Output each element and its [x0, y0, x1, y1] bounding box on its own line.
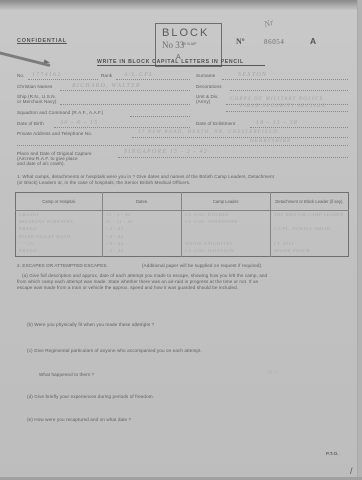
field-label-unit-line2: (Army): [196, 99, 210, 104]
field-value-private-address-line2: DERBYSHIRE: [250, 139, 291, 144]
stamp-sub-label: MI 9/JAP: [182, 42, 197, 46]
camp-leader-column: LT. COL. HOLMES LT. COL. JOHNSTONE MAJOR…: [182, 211, 271, 257]
camps-table-body: CHANGI SELARANG BARRACKS KRANJI RIVER VA…: [16, 211, 349, 257]
dates-column: 15 - 2 - 42 11 - 11 - 42 - 5 - 43 - 4 - …: [103, 211, 182, 257]
question-2a-line3: escape was made from a train or vehicle …: [17, 285, 238, 290]
question-2d: (d) Give briefly your experiences during…: [27, 394, 154, 399]
field-value-no: 1774162: [32, 72, 61, 78]
field-label-squadron: Squadron and Command (R.A.F., A.A.F.): [17, 110, 103, 115]
field-label-date-of-birth: Date of Birth: [17, 121, 44, 126]
table-cell: KRANJI: [19, 248, 99, 255]
field-line-surname: [222, 79, 348, 80]
page-edge-right: [357, 0, 362, 480]
field-label-ship-line2: or Merchant Navy): [17, 99, 56, 104]
table-cell: CHANGI: [19, 212, 99, 219]
field-value-christian-names: RICHARD, WALTER: [72, 83, 141, 89]
table-cell: [274, 234, 345, 241]
question-1-text-line1: 1. What camps, detachments or hospitals …: [17, 174, 274, 179]
column-header-block-leader: Detachment or Block Leader (if any).: [271, 193, 349, 211]
question-2-heading: 2. ESCAPES OR ATTEMPTED ESCAPES.: [17, 263, 108, 268]
field-label-rank: Rank: [101, 73, 112, 78]
table-cell: - 9 - 44: [106, 241, 178, 248]
handwritten-annotation: Nr: [263, 17, 275, 29]
field-line-date-of-birth: [54, 127, 190, 128]
stamp-block-label: BLOCK: [162, 27, 209, 39]
field-line-private-address-1: [132, 137, 348, 138]
table-cell: - 5 - 45: [106, 248, 178, 255]
table-cell: [185, 234, 267, 241]
field-line-ship: [60, 104, 190, 105]
field-line-date-of-enlistment: [250, 127, 348, 128]
table-cell: [185, 226, 267, 233]
field-label-date-of-enlistment: Date of Enlistment: [196, 121, 235, 126]
field-line-christian-names: [60, 90, 190, 91]
table-cell: [274, 219, 345, 226]
please-turn-over-label: P.T.O.: [326, 451, 339, 456]
field-line-rank: [116, 79, 190, 80]
table-cell: L/CPL. NOWELL SMITH: [274, 226, 345, 233]
table-cell: LT. HILL: [274, 241, 345, 248]
field-value-surname: SEXTON: [238, 72, 267, 78]
table-cell: SELARANG BARRACKS: [19, 219, 99, 226]
field-line-decorations: [230, 90, 348, 91]
field-line-unit-2: [226, 111, 348, 112]
table-cell: MAJOR PEACH: [274, 248, 345, 255]
camp-column: CHANGI SELARANG BARRACKS KRANJI RIVER VA…: [16, 211, 103, 257]
field-label-decorations: Decorations: [196, 84, 222, 89]
form-number-label: Nº: [236, 37, 245, 46]
question-2b: (b) Were you physically fit when you mad…: [27, 322, 154, 327]
field-value-place-of-capture: SINGAPORE 15 - 2 - 42: [124, 149, 208, 155]
scanned-form-page: Nr CONFIDENTIAL BLOCK No 33 MI 9/JAP A N…: [0, 0, 362, 480]
corner-tick-mark: /: [350, 466, 353, 476]
table-cell: LT. COL. JOHNSTONE: [185, 219, 267, 226]
camps-table: Camp or Hospital. Dates. Camp Leader. De…: [15, 192, 349, 257]
table-cell: THE BRITISH CAMP LEADER: [274, 212, 345, 219]
scan-shadow-top: [0, 0, 362, 10]
field-label-place-of-capture-line3: and date of a/c crash).: [17, 161, 65, 166]
question-2-heading-note: (Additional paper will be supplied on re…: [142, 263, 263, 268]
question-2a-line1: (a) Give full description and approx. da…: [22, 273, 267, 278]
field-label-private-address: Private Address and Telephone No.: [17, 131, 92, 136]
question-2e: (e) How were you recaptured and on what …: [27, 417, 131, 422]
field-value-date-of-birth: 30 - 6 - 15: [60, 120, 98, 126]
form-number-suffix: A: [310, 36, 316, 46]
classification-label: CONFIDENTIAL: [17, 38, 67, 44]
field-value-rank: A/L.CPL.: [124, 72, 156, 78]
field-value-unit-line1: CORPS OF MILITARY POLICE: [230, 97, 324, 102]
pencil-icon: [0, 50, 51, 67]
table-cell: - 5 - 43: [106, 226, 178, 233]
field-label-christian-names: Christian Names: [17, 84, 52, 89]
title-underline: [97, 65, 265, 66]
table-cell: - 4 - 44: [106, 234, 178, 241]
table-cell: RIVER VALLEY ROAD: [19, 234, 99, 241]
camps-table-header: Camp or Hospital. Dates. Camp Leader. De…: [16, 193, 349, 211]
stamp-number: No 33: [162, 40, 184, 50]
table-cell: LT. COL. HOLMES: [185, 212, 267, 219]
question-2a-line2: from which camp each attempt was made. S…: [17, 279, 258, 284]
field-value-private-address-line1: 17 NEW ROAD, HEATH, NR. CHESTERFIELD: [138, 130, 278, 135]
field-value-unit-line2: FIELD SECURITY SECTION: [240, 104, 326, 109]
table-cell: " " (2): [19, 241, 99, 248]
column-header-camp-leader: Camp Leader.: [182, 193, 271, 211]
field-label-surname: Surname: [196, 73, 215, 78]
field-value-date-of-enlistment: 18 - 11 - 38: [256, 120, 298, 126]
table-cell: LT. COL. DAVIDSON: [185, 248, 267, 255]
question-2c: (c) Give Regimental particulars of anyon…: [27, 348, 202, 353]
table-cell: MAJOR KNIGHTLEY: [185, 241, 267, 248]
form-number: 86054: [264, 38, 285, 46]
field-line-place-of-capture: [118, 157, 348, 158]
table-cell: 15 - 2 - 42: [106, 212, 178, 219]
column-header-camp: Camp or Hospital.: [16, 193, 103, 211]
field-line-no: [28, 79, 98, 80]
block-leader-column: THE BRITISH CAMP LEADER L/CPL. NOWELL SM…: [271, 211, 349, 257]
table-cell: 11 - 11 - 42: [106, 219, 178, 226]
question-2c-sub: What happened to them ?: [39, 372, 94, 377]
answer-2c: Nil: [268, 370, 279, 376]
question-1-text-line2: (or Block) Leaders or, in the case of ho…: [17, 180, 190, 185]
table-cell: KRANJI: [19, 226, 99, 233]
field-label-no: No.: [17, 73, 24, 78]
field-line-squadron: [130, 116, 190, 117]
column-header-dates: Dates.: [103, 193, 182, 211]
field-line-private-address-2: [17, 145, 348, 146]
